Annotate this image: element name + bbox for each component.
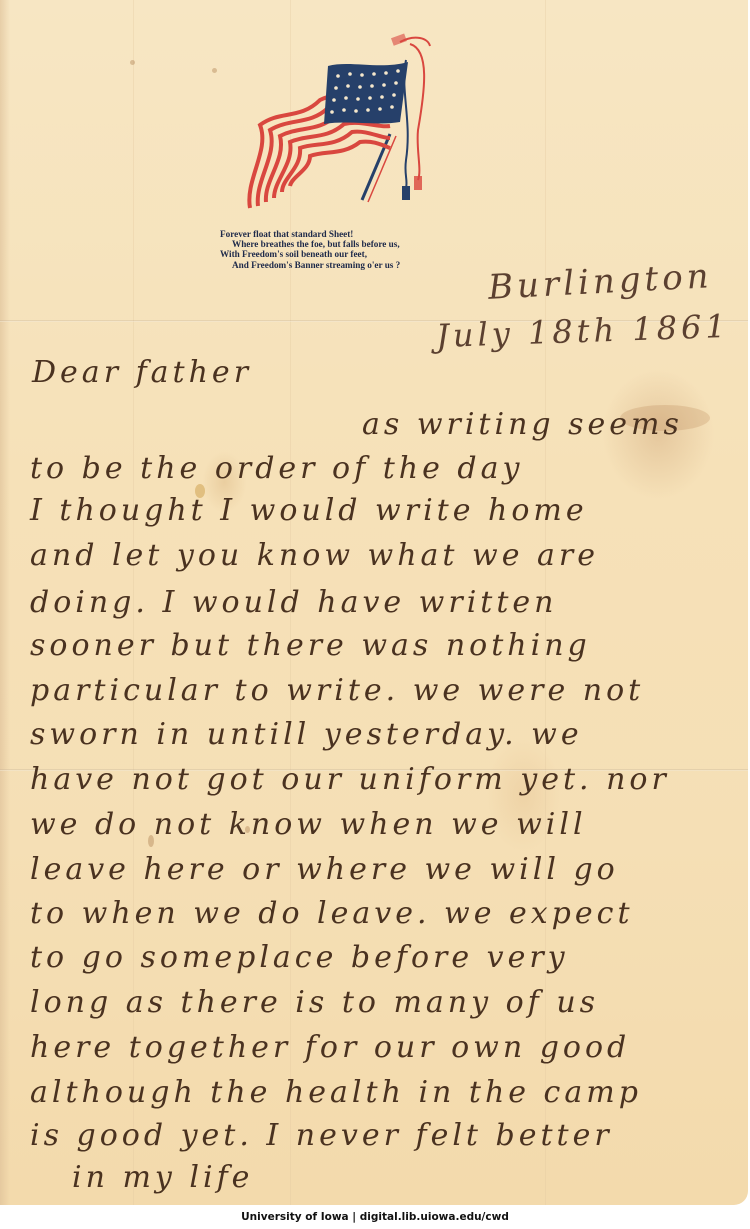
verse-line: Where breathes the foe, but falls before… [220,239,470,249]
body-line: sooner but there was nothing [30,628,591,663]
body-line: leave here or where we will go [30,852,619,887]
letter-page: Forever float that standard Sheet! Where… [0,0,748,1205]
body-line: to when we do leave. we expect [30,896,634,931]
american-flag-icon [240,30,440,220]
body-line: sworn in untill yesterday. we [30,717,583,752]
body-line: in my life [72,1160,253,1195]
body-line: here together for our own good [30,1030,630,1065]
body-line: although the health in the camp [30,1075,642,1110]
stain [212,68,217,73]
body-line: to go someplace before very [30,940,569,975]
letter-place: Burlington [487,256,713,308]
stain [130,60,135,65]
body-line: as writing seems [362,407,683,442]
body-line: doing. I would have written [30,585,558,620]
source-credit: University of Iowa | digital.lib.uiowa.e… [0,1211,750,1223]
body-line: particular to write. we were not [30,673,644,708]
verse-line: With Freedom's soil beneath our feet, [220,249,470,259]
body-line: have not got our uniform yet. nor [30,762,670,797]
letter-date: July 18th 1861 [435,307,730,355]
body-line: we do not know when we will [30,807,587,842]
body-line: and let you know what we are [30,538,599,573]
salutation: Dear father [32,355,252,390]
letterhead-verse: Forever float that standard Sheet! Where… [220,229,470,270]
body-line: to be the order of the day [30,451,523,486]
body-line: is good yet. I never felt better [30,1118,613,1153]
body-line: I thought I would write home [30,493,588,528]
verse-line: Forever float that standard Sheet! [220,229,470,239]
body-line: long as there is to many of us [30,985,599,1020]
verse-line: And Freedom's Banner streaming o'er us ? [220,260,470,270]
